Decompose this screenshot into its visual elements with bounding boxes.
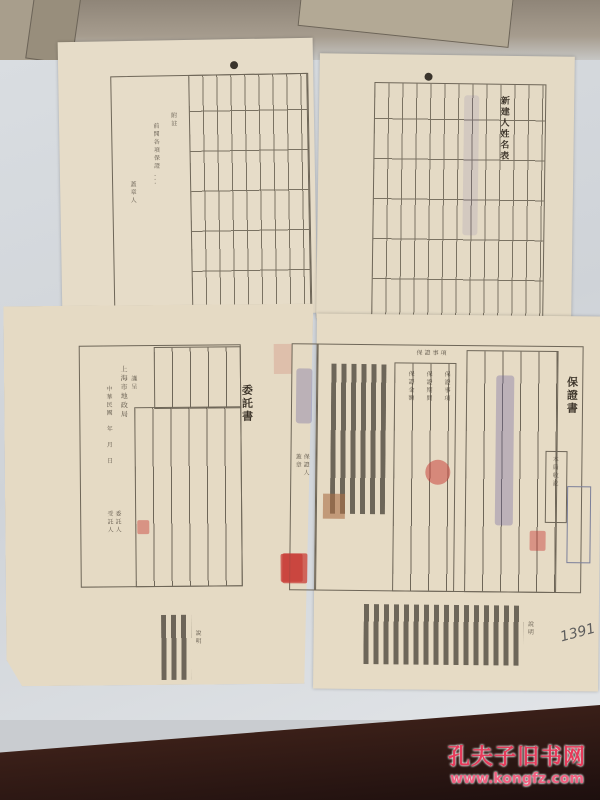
note-label: 說明 xyxy=(526,621,534,637)
section-header: 保證事項 xyxy=(417,350,449,358)
form-title: 保證書 xyxy=(564,376,579,415)
note-text-block xyxy=(161,615,192,680)
watermark-site-name: 孔夫子旧书网 xyxy=(448,740,586,771)
explanation-text-block xyxy=(363,604,524,666)
watermark-url: www.kongfz.com xyxy=(448,771,586,787)
signature-label-1: 委託人 xyxy=(113,510,121,534)
recipient-line-2: 上海市地政局 xyxy=(119,365,129,419)
note-label: 說明 xyxy=(193,630,201,646)
sub-header-1: 保證事項 xyxy=(442,371,450,403)
faded-seal xyxy=(274,344,292,374)
sub-header-3: 保證金額 xyxy=(406,370,414,402)
form-title: 委託書 xyxy=(239,384,254,423)
ruled-grid xyxy=(188,73,312,312)
red-seal-stub xyxy=(282,553,307,583)
bottom-left-sheet: 委託書 謹呈 上海市地政局 中華民國 年 月 日 委託人 受託人 說明 xyxy=(3,304,316,687)
punch-hole xyxy=(424,73,432,81)
signature-label-2: 受託人 xyxy=(105,510,113,534)
notes-footer: 蓋章人 xyxy=(128,181,136,205)
small-red-seal xyxy=(529,531,545,551)
guarantor-handwriting xyxy=(495,375,515,525)
stub-handwriting xyxy=(296,368,313,423)
sub-header-2: 保證期間 xyxy=(424,371,432,403)
date-line: 中華民國 年 月 日 xyxy=(104,385,113,565)
column-rows xyxy=(134,406,243,587)
blue-stamp-box xyxy=(566,486,591,563)
stub-label-2: 蓋章 xyxy=(293,453,301,469)
top-left-sheet: 附註 前開各項保證 ... 蓋章人 xyxy=(58,38,318,317)
ruled-grid xyxy=(371,82,546,321)
watermark: 孔夫子旧书网 www.kongfz.com xyxy=(448,740,586,787)
top-right-sheet: 新建人姓名表 xyxy=(316,53,575,322)
punch-hole xyxy=(230,61,238,69)
notes-heading: 附註 xyxy=(169,112,177,128)
roster-title: 新建人姓名表 xyxy=(496,96,509,162)
brown-seal xyxy=(323,494,345,519)
receipt-stamp-text: 本局收訖 xyxy=(550,456,558,488)
round-red-seal xyxy=(425,460,450,485)
header-cells xyxy=(154,346,242,409)
oath-text-block xyxy=(330,364,387,515)
recipient-line-1: 謹呈 xyxy=(129,375,137,391)
stub-label-1: 保證人 xyxy=(301,453,309,477)
red-seal xyxy=(137,520,149,534)
handwritten-entries xyxy=(462,95,479,235)
bottom-right-sheet: 保證人 蓋章 保證事項 保證事項 保證期間 保證金額 保證書 本局收訖 說明 xyxy=(313,314,600,692)
